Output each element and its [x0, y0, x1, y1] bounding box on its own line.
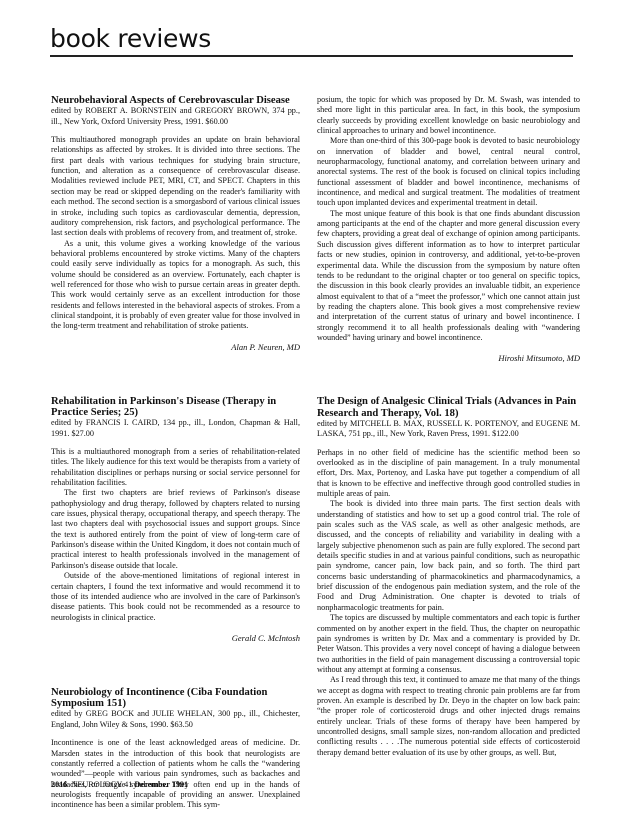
section-title: book reviews	[50, 24, 573, 54]
review-paragraph: The book is divided into three main part…	[317, 499, 580, 613]
journal-name: NEUROLOGY 41	[71, 780, 132, 789]
review-biblio: edited by GREG BOCK and JULIE WHELAN, 30…	[51, 709, 300, 730]
left-column: Neurobehavioral Aspects of Cerebrovascul…	[51, 95, 300, 811]
section-header: book reviews	[50, 24, 573, 57]
review-biblio: edited by ROBERT A. BORNSTEIN and GREGOR…	[51, 106, 300, 127]
review-parkinsons: Rehabilitation in Parkinson's Disease (T…	[51, 396, 300, 644]
review-title: Neurobehavioral Aspects of Cerebrovascul…	[51, 95, 300, 106]
page-number: 2016	[51, 780, 67, 789]
review-paragraph: Perhaps in no other field of medicine ha…	[317, 448, 580, 500]
review-paragraph: posium, the topic for which was proposed…	[317, 95, 580, 136]
right-column: posium, the topic for which was proposed…	[317, 95, 580, 758]
header-rule	[50, 55, 573, 57]
review-incontinence-continued: posium, the topic for which was proposed…	[317, 95, 580, 364]
reviewer-name: Alan P. Neuren, MD	[51, 342, 300, 353]
review-paragraph: This multiauthored monograph provides an…	[51, 135, 300, 238]
review-analgesic-trials: The Design of Analgesic Clinical Trials …	[317, 396, 580, 758]
review-biblio: edited by FRANCIS I. CAIRD, 134 pp., ill…	[51, 418, 300, 439]
issue-date: December 1991	[134, 780, 188, 789]
review-paragraph: As I read through this text, it continue…	[317, 675, 580, 758]
review-paragraph: As a unit, this volume gives a working k…	[51, 239, 300, 332]
review-neurobehavioral: Neurobehavioral Aspects of Cerebrovascul…	[51, 95, 300, 353]
reviewer-name: Gerald C. McIntosh	[51, 633, 300, 644]
page-footer: 2016 NEUROLOGY 41 December 1991	[51, 780, 188, 790]
review-paragraph: The first two chapters are brief reviews…	[51, 488, 300, 571]
review-biblio: edited by MITCHELL B. MAX, RUSSELL K. PO…	[317, 419, 580, 440]
review-paragraph: Incontinence is one of the least acknowl…	[51, 738, 300, 810]
review-paragraph: Outside of the above-mentioned limitatio…	[51, 571, 300, 623]
review-paragraph: The topics are discussed by multiple com…	[317, 613, 580, 675]
review-paragraph: This is a multiauthored monograph from a…	[51, 447, 300, 488]
review-paragraph: The most unique feature of this book is …	[317, 209, 580, 343]
review-title: Rehabilitation in Parkinson's Disease (T…	[51, 396, 300, 419]
review-title: The Design of Analgesic Clinical Trials …	[317, 396, 580, 419]
reviewer-name: Hiroshi Mitsumoto, MD	[317, 353, 580, 364]
review-incontinence: Neurobiology of Incontinence (Ciba Found…	[51, 687, 300, 811]
review-title: Neurobiology of Incontinence (Ciba Found…	[51, 687, 300, 710]
review-paragraph: More than one-third of this 300-page boo…	[317, 136, 580, 208]
